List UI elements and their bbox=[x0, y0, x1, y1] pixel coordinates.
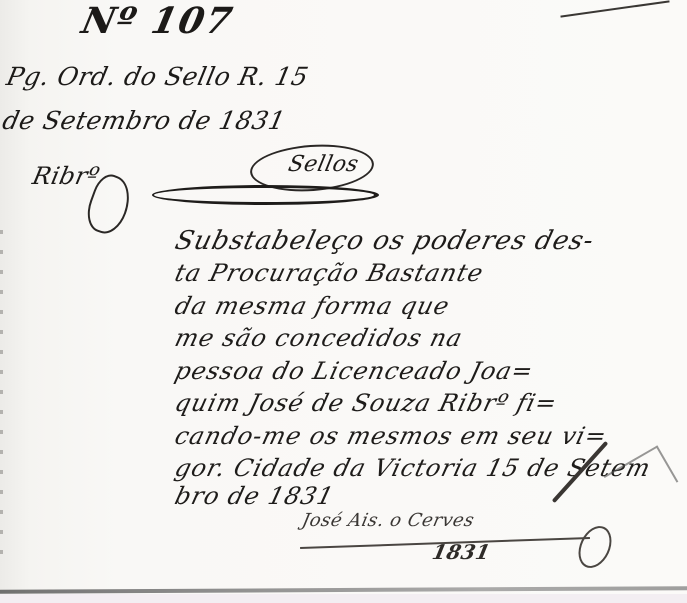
body-line: ta Procuração Bastante bbox=[172, 259, 487, 287]
margin-note: Ribrº bbox=[30, 162, 102, 190]
seal-signature: Sellos bbox=[286, 152, 361, 177]
stamp-fee-line: Pg. Ord. do Sello R. 15 bbox=[4, 62, 311, 91]
document-page: Nº 107 Pg. Ord. do Sello R. 15 de Setemb… bbox=[0, 0, 687, 603]
body-line: quim José de Souza Ribrº fi= bbox=[172, 389, 560, 417]
signature-loop-icon bbox=[572, 521, 618, 574]
bottom-year: 1831 bbox=[430, 540, 493, 564]
bottom-signature: José Ais. o Cerves bbox=[300, 510, 476, 531]
seal-flourish-icon bbox=[152, 185, 379, 205]
body-line: pessoa do Licenceado Joa= bbox=[172, 357, 537, 385]
document-number: Nº 107 bbox=[78, 0, 238, 42]
scan-border bbox=[0, 594, 687, 603]
page-bottom-edge bbox=[0, 586, 687, 594]
binding-holes bbox=[0, 230, 3, 560]
top-ink-stroke bbox=[560, 0, 669, 17]
header-date-line: de Setembro de 1831 bbox=[0, 106, 288, 135]
body-line: me são concedidos na bbox=[172, 324, 466, 352]
body-line: Substabeleço os poderes des- bbox=[172, 226, 597, 256]
body-line: cando-me os mesmos em seu vi= bbox=[172, 422, 610, 450]
body-line: bro de 1831 bbox=[172, 482, 337, 510]
body-line: da mesma forma que bbox=[172, 292, 453, 320]
